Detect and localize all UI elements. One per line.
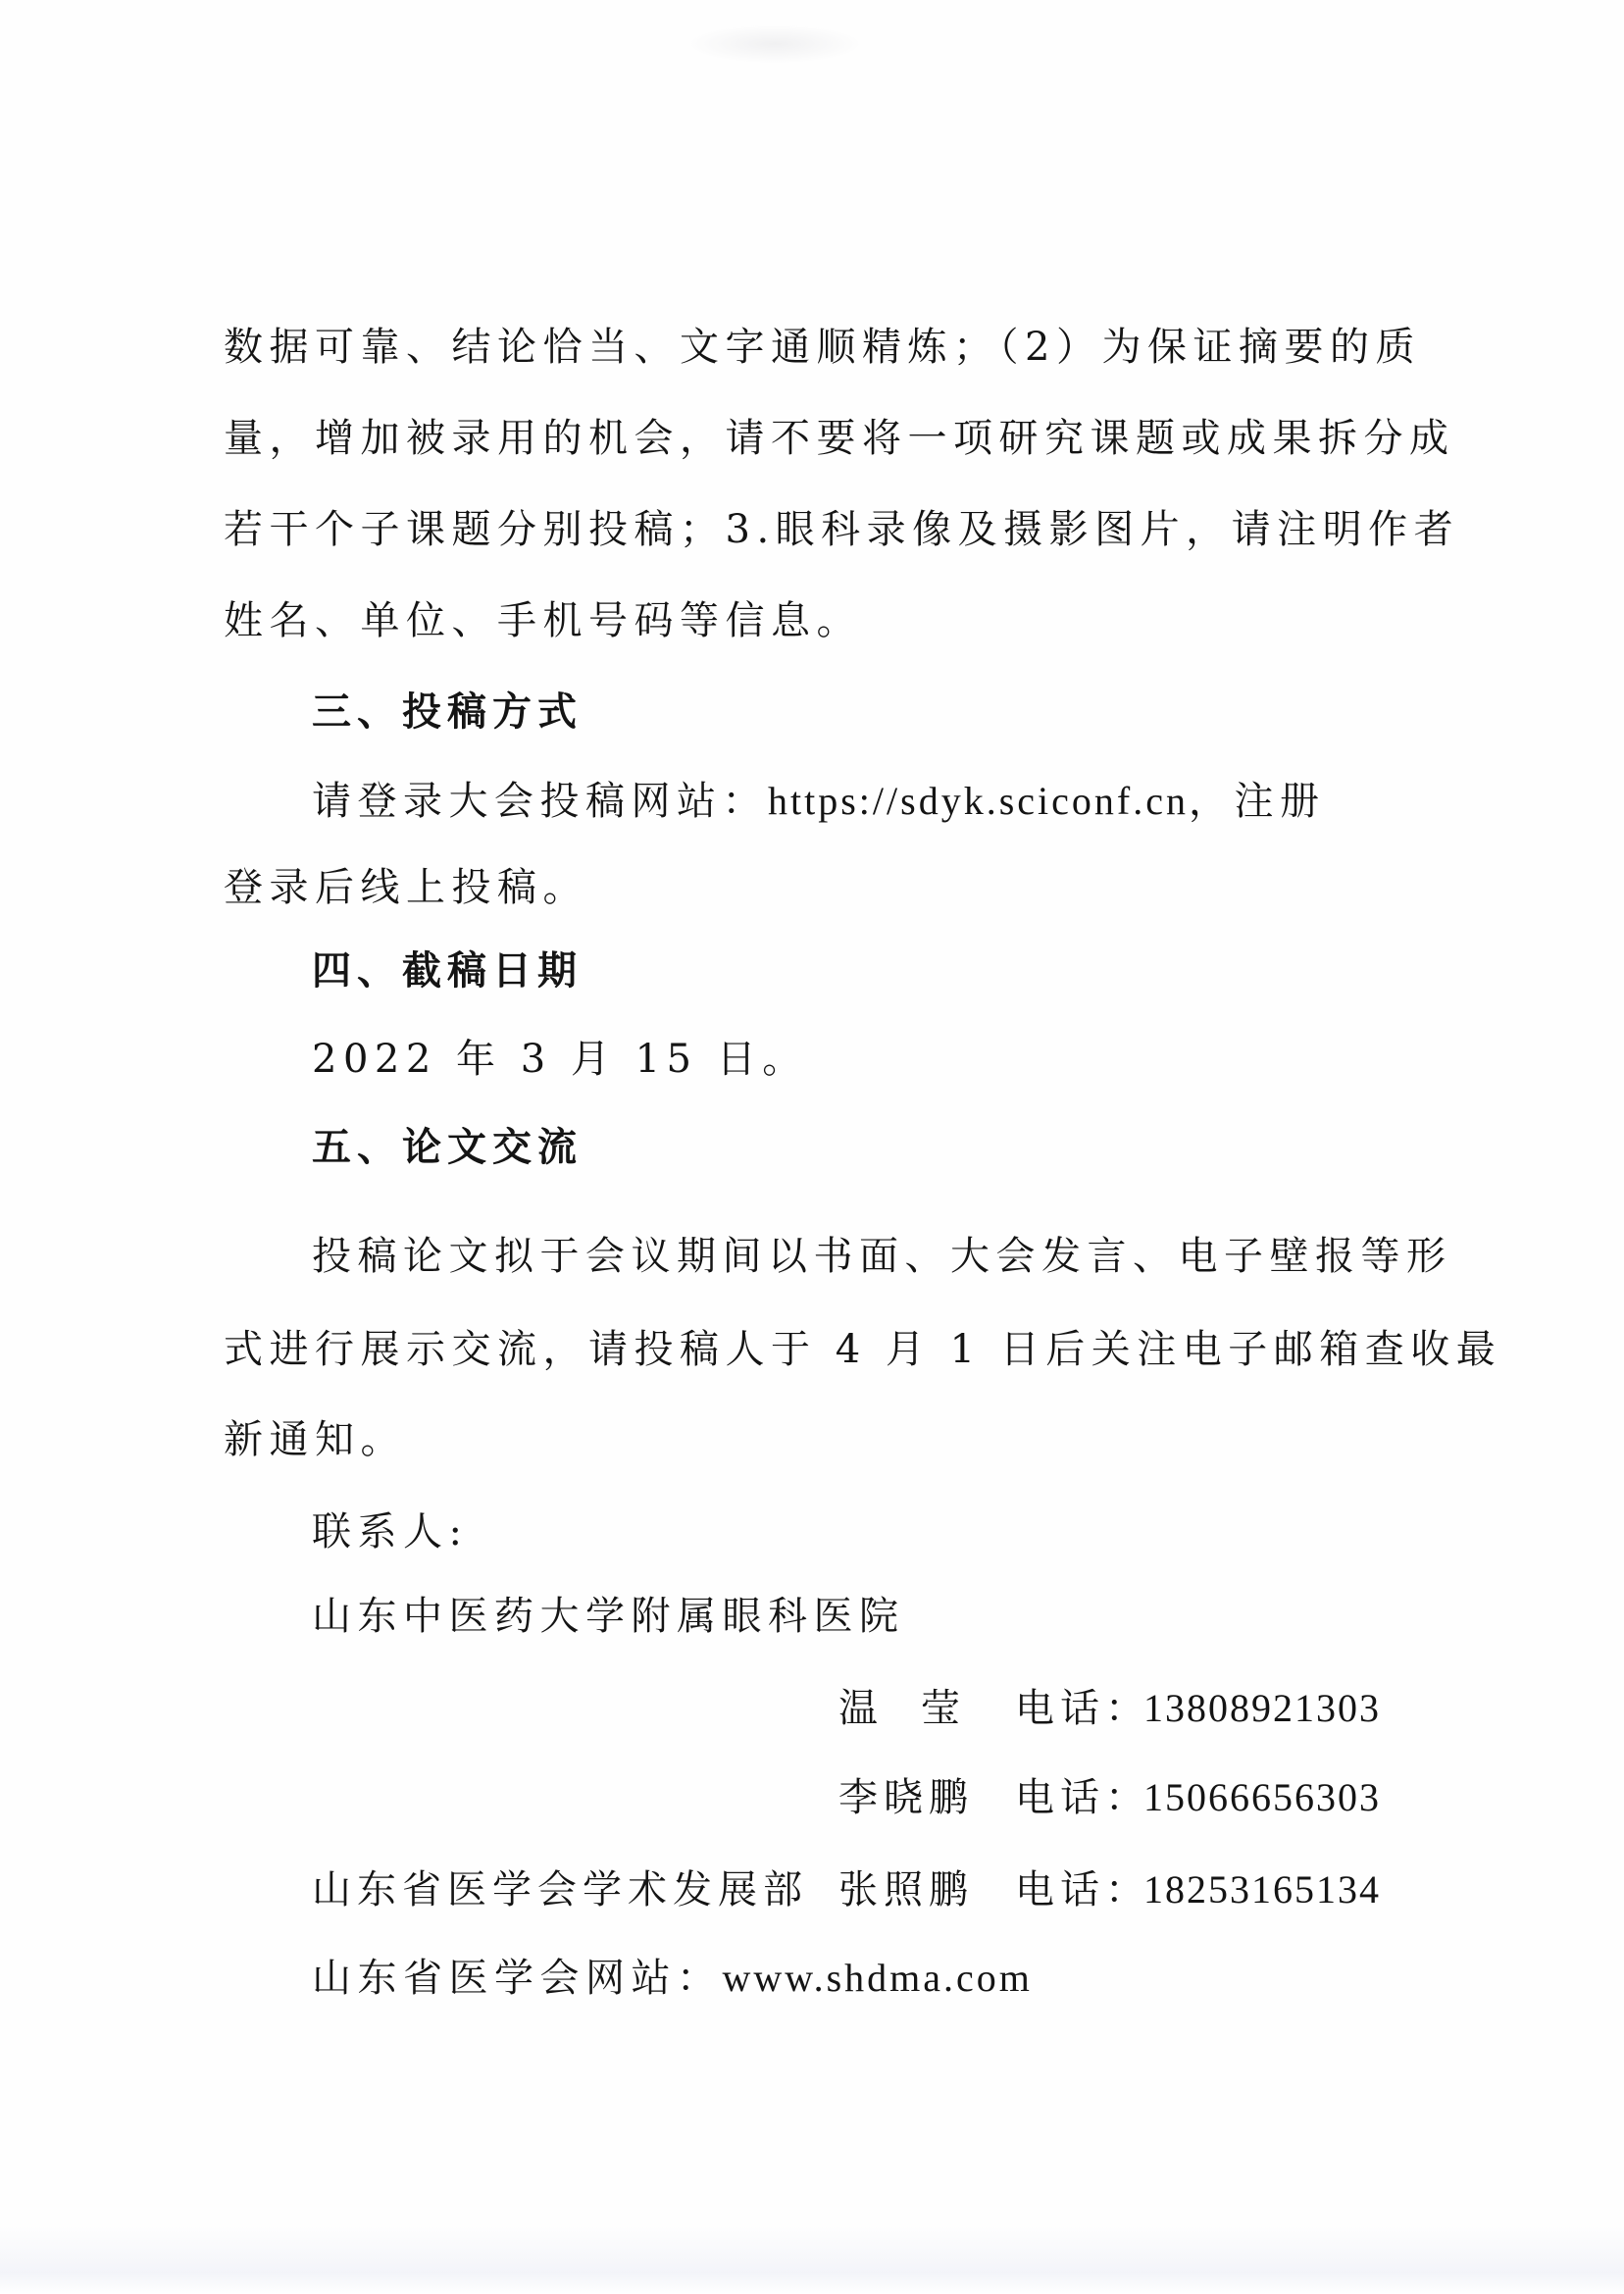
- contact-name: 李晓鹏: [838, 1774, 974, 1821]
- section-heading-paper-exchange: 五、论文交流: [312, 1124, 583, 1171]
- body-line: 请登录大会投稿网站：https://sdyk.sciconf.cn，注册: [312, 778, 1412, 825]
- body-line: 新通知。: [224, 1416, 406, 1463]
- contact-org: 山东省医学会学术发展部: [312, 1866, 808, 1913]
- contact-phone: 13808921303: [1143, 1685, 1381, 1732]
- contact-phone: 15066656303: [1143, 1774, 1381, 1821]
- body-line: 投稿论文拟于会议期间以书面、大会发言、电子壁报等形: [312, 1233, 1412, 1280]
- body-line: 数据可靠、结论恰当、文字通顺精炼；（2）为保证摘要的质: [224, 324, 1412, 371]
- document-page: 数据可靠、结论恰当、文字通顺精炼；（2）为保证摘要的质 量，增加被录用的机会，请…: [0, 0, 1624, 2294]
- association-website-link[interactable]: www.shdma.com: [723, 1956, 1033, 2000]
- website-prefix: 请登录大会投稿网站：: [312, 779, 768, 824]
- contact-name: 温莹: [838, 1685, 966, 1732]
- contact-hospital: 山东中医药大学附属眼科医院: [312, 1593, 905, 1640]
- contact-phone: 18253165134: [1143, 1866, 1381, 1913]
- section-heading-deadline: 四、截稿日期: [312, 947, 583, 994]
- body-line: 式进行展示交流，请投稿人于 4 月 1 日后关注电子邮箱查收最: [224, 1326, 1412, 1373]
- section-heading-submission-method: 三、投稿方式: [312, 688, 583, 736]
- body-line: 登录后线上投稿。: [224, 864, 588, 911]
- phone-label: 电话：: [1015, 1774, 1150, 1821]
- association-website-line: 山东省医学会网站：www.shdma.com: [312, 1955, 1033, 2002]
- submission-website-link[interactable]: https://sdyk.sciconf.cn: [768, 779, 1189, 823]
- body-line: 若干个子课题分别投稿；3.眼科录像及摄影图片，请注明作者: [224, 506, 1412, 553]
- phone-label: 电话：: [1015, 1685, 1150, 1732]
- contacts-label: 联系人:: [312, 1508, 468, 1555]
- scan-edge-shadow: [0, 2225, 1624, 2294]
- scan-artifact: [686, 25, 863, 64]
- website-suffix: ，注册: [1189, 779, 1326, 824]
- body-line: 姓名、单位、手机号码等信息。: [224, 597, 862, 644]
- body-line: 量，增加被录用的机会，请不要将一项研究课题或成果拆分成: [224, 415, 1412, 462]
- phone-label: 电话：: [1015, 1866, 1150, 1913]
- deadline-date: 2022 年 3 月 15 日。: [312, 1036, 808, 1083]
- contact-name: 张照鹏: [838, 1866, 974, 1913]
- website-label: 山东省医学会网站：: [312, 1956, 723, 2001]
